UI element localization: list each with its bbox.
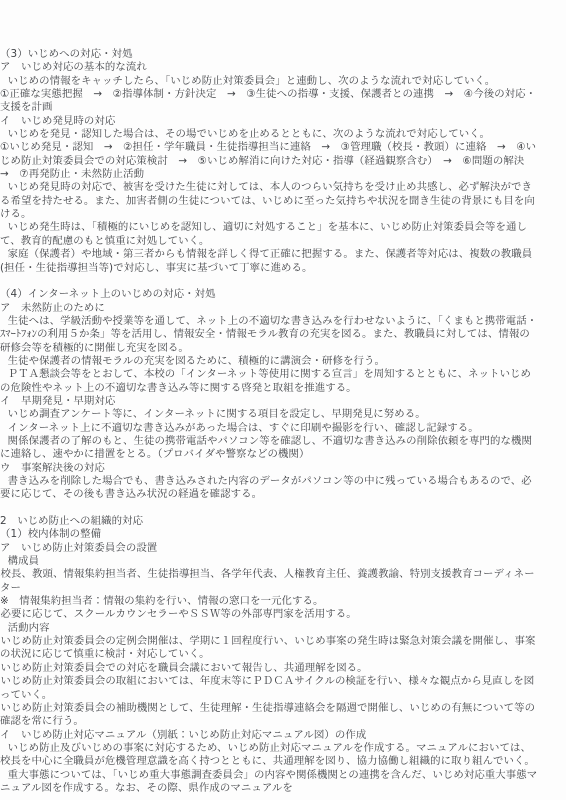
- doc-line: ・いじめ防止対策委員会の取組においては、年度末等にＰＤＣＡサイクルの検証を行い、…: [0, 675, 539, 702]
- doc-line: ○ 重大事態については、「いじめ重大事態調査委員会」の内容や関係機関との連携を含…: [0, 769, 539, 796]
- document-page: （3）いじめへの対応・対処ア いじめ対応の基本的な流れ○ いじめの情報をキャッチ…: [0, 0, 566, 800]
- doc-line: ○ いじめ防止及びいじめの事案に対応するため、いじめ防止対応マニュアルを作成する…: [0, 742, 539, 769]
- document-body: （3）いじめへの対応・対処ア いじめ対応の基本的な流れ○ いじめの情報をキャッチ…: [0, 48, 539, 795]
- doc-line: ○ 関係保護者の了解のもと、生徒の携帯電話やパソコン等を確認し、不適切な書き込み…: [0, 435, 539, 462]
- doc-line: ア いじめ防止対策委員会の設置: [0, 542, 539, 555]
- doc-line: ・校長、教頭、情報集約担当者、生徒指導担当、各学年代表、人権教育主任、養護教諭、…: [0, 568, 539, 595]
- doc-line: イ いじめ発見時の対応: [0, 115, 539, 128]
- doc-line: ○ いじめ発見時の対応で、被害を受けた生徒に対しては、本人のつらい気持ちを受け止…: [0, 181, 539, 221]
- doc-line: ・いじめ防止対策委員会での対応を職員会議において報告し、共通理解を図る。: [0, 662, 539, 675]
- doc-line: ○ インターネット上に不適切な書き込みがあった場合は、すぐに印刷や撮影を行い、確…: [0, 422, 539, 435]
- doc-line: ○ 活動内容: [0, 622, 539, 635]
- doc-line: ※ 情報集約担当者：情報の集約を行い、情報の窓口を一元化する。: [0, 595, 539, 608]
- doc-line: （1）校内体制の整備: [0, 528, 539, 541]
- doc-line: ア 未然防止のために: [0, 302, 539, 315]
- doc-line: イ 早期発見・早期対応: [0, 395, 539, 408]
- doc-line: ○ いじめ発生時は、「積極的にいじめを認知し、適切に対処すること」を基本に、いじ…: [0, 221, 539, 248]
- doc-line: （3）いじめへの対応・対処: [0, 48, 539, 61]
- doc-line: （4）インターネット上のいじめの対応・対処: [0, 288, 539, 301]
- doc-line: ・いじめ防止対策委員会の定例会開催は、学期に１回程度行い、いじめ事案の発生時は緊…: [0, 635, 539, 662]
- doc-line: ○ ＰＴＡ懇談会等をとおして、本校の「インターネット等使用に関する宣言」を周知す…: [0, 368, 539, 395]
- doc-line: ・必要に応じて、スクールカウンセラーやＳＳＷ等の外部専門家を活用する。: [0, 608, 539, 621]
- doc-line: ○ 構成員: [0, 555, 539, 568]
- line-spacer: [0, 275, 539, 288]
- doc-line: ウ 事案解決後の対応: [0, 462, 539, 475]
- line-spacer: [0, 502, 539, 515]
- doc-line: ○ いじめ調査アンケート等に、インターネットに関する項目を設定し、早期発見に努め…: [0, 408, 539, 421]
- doc-line: ○ 家庭（保護者）や地域・第三者からも情報を詳しく得て正確に把握する。また、保護…: [0, 248, 539, 275]
- doc-line: ○ 書き込みを削除した場合でも、書き込みされた内容のデータがパソコン等の中に残っ…: [0, 475, 539, 502]
- doc-line: 2 いじめ防止への組織的対応: [0, 515, 539, 528]
- doc-line: ①正確な実態把握 → ②指導体制・方針決定 → ③生徒への指導・支援、保護者との…: [0, 88, 539, 115]
- doc-line: ○ 生徒へは、学級活動や授業等を通して、ネット上の不適切な書き込みを行わせないよ…: [0, 315, 539, 355]
- doc-line: ①いじめ発見・認知 → ②担任・学年職員・生徒指導担当に連絡 → ③管理職（校長…: [0, 141, 539, 181]
- doc-line: ・いじめ防止対策委員会の補助機関として、生徒理解・生徒指導連絡会を隔週で開催し、…: [0, 702, 539, 729]
- doc-line: ア いじめ対応の基本的な流れ: [0, 61, 539, 74]
- doc-line: ○ いじめの情報をキャッチしたら、「いじめ防止対策委員会」と連動し、次のような流…: [0, 75, 539, 88]
- doc-line: ○ いじめを発見・認知した場合は、その場でいじめを止めるとともに、次のような流れ…: [0, 128, 539, 141]
- doc-line: イ いじめ防止対応マニュアル（別紙：いじめ防止対応マニュアル図）の作成: [0, 729, 539, 742]
- doc-line: ○ 生徒や保護者の情報モラルの充実を図るために、積極的に講演会・研修を行う。: [0, 355, 539, 368]
